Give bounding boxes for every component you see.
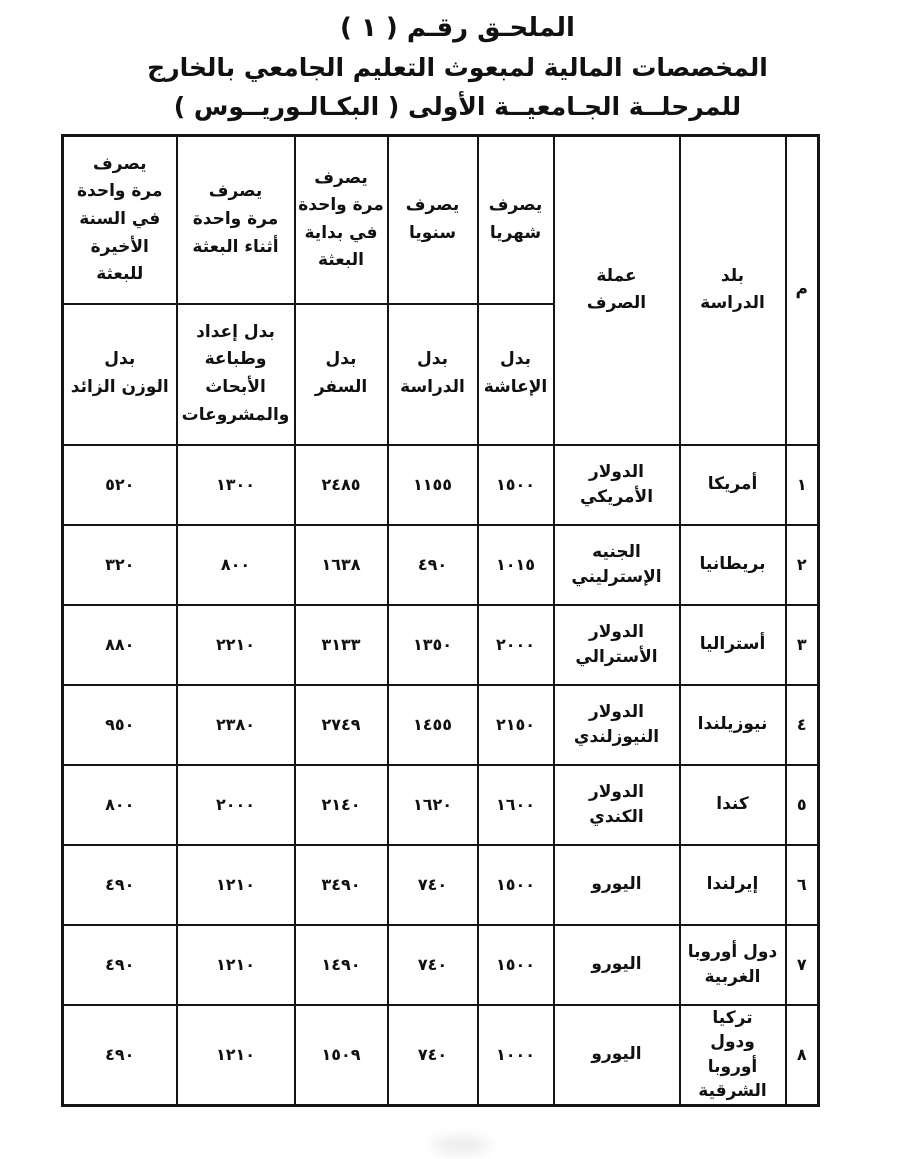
header-freq-once-start: يصرف مرة واحدة في بداية البعثة <box>295 136 388 304</box>
cell-serial: ٦ <box>786 845 819 925</box>
cell-serial: ١ <box>786 445 819 525</box>
cell-living: ١٥٠٠ <box>478 445 554 525</box>
cell-serial: ٣ <box>786 605 819 685</box>
cell-currency: الجنيه الإسترليني <box>554 525 680 605</box>
cell-currency: اليورو <box>554 845 680 925</box>
table-row-westerneurope: ٧ دول أوروبا الغربية اليورو ١٥٠٠ ٧٤٠ ١٤٩… <box>63 925 819 1005</box>
header-freq-once-lastyear: يصرف مرة واحدة في السنة الأخيرة للبعثة <box>63 136 177 304</box>
document-page: الملحـق رقـم ( ١ ) المخصصات المالية لمبع… <box>0 0 915 1159</box>
cell-travel: ١٦٣٨ <box>295 525 388 605</box>
header-excess-weight-allowance: بدل الوزن الزائد <box>63 304 177 445</box>
table-row-britain: ٢ بريطانيا الجنيه الإسترليني ١٠١٥ ٤٩٠ ١٦… <box>63 525 819 605</box>
cell-serial: ٤ <box>786 685 819 765</box>
cell-travel: ٣١٣٣ <box>295 605 388 685</box>
cell-study: ٧٤٠ <box>388 845 478 925</box>
header-study-allowance: بدل الدراسة <box>388 304 478 445</box>
table-row-newzealand: ٤ نيوزيلندا الدولار النيوزلندي ٢١٥٠ ١٤٥٥… <box>63 685 819 765</box>
header-freq-monthly: يصرف شهريا <box>478 136 554 304</box>
document-header: الملحـق رقـم ( ١ ) المخصصات المالية لمبع… <box>0 8 915 126</box>
cell-country: إيرلندا <box>680 845 786 925</box>
cell-research: ٢٣٨٠ <box>177 685 295 765</box>
cell-serial: ٥ <box>786 765 819 845</box>
cell-country: تركيا ودول أوروبا الشرقية <box>680 1005 786 1106</box>
header-freq-yearly: يصرف سنويا <box>388 136 478 304</box>
cell-excess: ٨٨٠ <box>63 605 177 685</box>
cell-currency: الدولار الأسترالي <box>554 605 680 685</box>
cell-serial: ٨ <box>786 1005 819 1106</box>
cell-currency: اليورو <box>554 1005 680 1106</box>
scan-smudge-artifact <box>432 1136 490 1154</box>
header-travel-allowance: بدل السفر <box>295 304 388 445</box>
cell-living: ١٠١٥ <box>478 525 554 605</box>
cell-living: ١٥٠٠ <box>478 845 554 925</box>
cell-living: ١٦٠٠ <box>478 765 554 845</box>
header-research-allowance: بدل إعداد وطباعة الأبحاث والمشروعات <box>177 304 295 445</box>
cell-travel: ٢٧٤٩ <box>295 685 388 765</box>
allocations-table: م بلد الدراسة عملة الصرف يصرف شهريا يصرف… <box>61 134 820 1107</box>
cell-country: نيوزيلندا <box>680 685 786 765</box>
cell-excess: ٨٠٠ <box>63 765 177 845</box>
table-row-australia: ٣ أستراليا الدولار الأسترالي ٢٠٠٠ ١٣٥٠ ٣… <box>63 605 819 685</box>
header-currency: عملة الصرف <box>554 136 680 445</box>
cell-excess: ٤٩٠ <box>63 1005 177 1106</box>
table-row-canada: ٥ كندا الدولار الكندي ١٦٠٠ ١٦٢٠ ٢١٤٠ ٢٠٠… <box>63 765 819 845</box>
cell-travel: ٢١٤٠ <box>295 765 388 845</box>
cell-living: ٢١٥٠ <box>478 685 554 765</box>
cell-excess: ٤٩٠ <box>63 925 177 1005</box>
appendix-number-title: الملحـق رقـم ( ١ ) <box>0 8 915 48</box>
cell-serial: ٢ <box>786 525 819 605</box>
cell-research: ١٢١٠ <box>177 1005 295 1106</box>
cell-study: ٤٩٠ <box>388 525 478 605</box>
table-row-turkey-easterneurope: ٨ تركيا ودول أوروبا الشرقية اليورو ١٠٠٠ … <box>63 1005 819 1106</box>
header-freq-once-during: يصرف مرة واحدة أثناء البعثة <box>177 136 295 304</box>
header-living-allowance: بدل الإعاشة <box>478 304 554 445</box>
header-row-frequency: م بلد الدراسة عملة الصرف يصرف شهريا يصرف… <box>63 136 819 304</box>
cell-country: دول أوروبا الغربية <box>680 925 786 1005</box>
table-row-ireland: ٦ إيرلندا اليورو ١٥٠٠ ٧٤٠ ٣٤٩٠ ١٢١٠ ٤٩٠ <box>63 845 819 925</box>
cell-research: ١٣٠٠ <box>177 445 295 525</box>
document-main-title: المخصصات المالية لمبعوث التعليم الجامعي … <box>0 48 915 87</box>
cell-currency: الدولار الكندي <box>554 765 680 845</box>
table-row-america: ١ أمريكا الدولار الأمريكي ١٥٠٠ ١١٥٥ ٢٤٨٥… <box>63 445 819 525</box>
cell-study: ١٣٥٠ <box>388 605 478 685</box>
cell-research: ٢٢١٠ <box>177 605 295 685</box>
cell-country: بريطانيا <box>680 525 786 605</box>
cell-research: ١٢١٠ <box>177 925 295 1005</box>
cell-travel: ١٥٠٩ <box>295 1005 388 1106</box>
header-country: بلد الدراسة <box>680 136 786 445</box>
cell-living: ٢٠٠٠ <box>478 605 554 685</box>
cell-study: ١١٥٥ <box>388 445 478 525</box>
cell-study: ٧٤٠ <box>388 1005 478 1106</box>
cell-excess: ٤٩٠ <box>63 845 177 925</box>
cell-excess: ٣٢٠ <box>63 525 177 605</box>
cell-study: ١٤٥٥ <box>388 685 478 765</box>
cell-excess: ٥٢٠ <box>63 445 177 525</box>
cell-living: ١٥٠٠ <box>478 925 554 1005</box>
table-head: م بلد الدراسة عملة الصرف يصرف شهريا يصرف… <box>63 136 819 445</box>
cell-country: أستراليا <box>680 605 786 685</box>
cell-serial: ٧ <box>786 925 819 1005</box>
cell-travel: ٢٤٨٥ <box>295 445 388 525</box>
table-body: ١ أمريكا الدولار الأمريكي ١٥٠٠ ١١٥٥ ٢٤٨٥… <box>63 445 819 1106</box>
cell-currency: اليورو <box>554 925 680 1005</box>
cell-research: ٨٠٠ <box>177 525 295 605</box>
cell-research: ١٢١٠ <box>177 845 295 925</box>
cell-currency: الدولار الأمريكي <box>554 445 680 525</box>
cell-country: كندا <box>680 765 786 845</box>
cell-country: أمريكا <box>680 445 786 525</box>
cell-currency: الدولار النيوزلندي <box>554 685 680 765</box>
cell-travel: ١٤٩٠ <box>295 925 388 1005</box>
cell-study: ١٦٢٠ <box>388 765 478 845</box>
document-subtitle: للمرحلــة الجـامعيــة الأولى ( البكـالـو… <box>0 87 915 126</box>
cell-study: ٧٤٠ <box>388 925 478 1005</box>
cell-excess: ٩٥٠ <box>63 685 177 765</box>
cell-living: ١٠٠٠ <box>478 1005 554 1106</box>
cell-research: ٢٠٠٠ <box>177 765 295 845</box>
header-serial: م <box>786 136 819 445</box>
cell-travel: ٣٤٩٠ <box>295 845 388 925</box>
